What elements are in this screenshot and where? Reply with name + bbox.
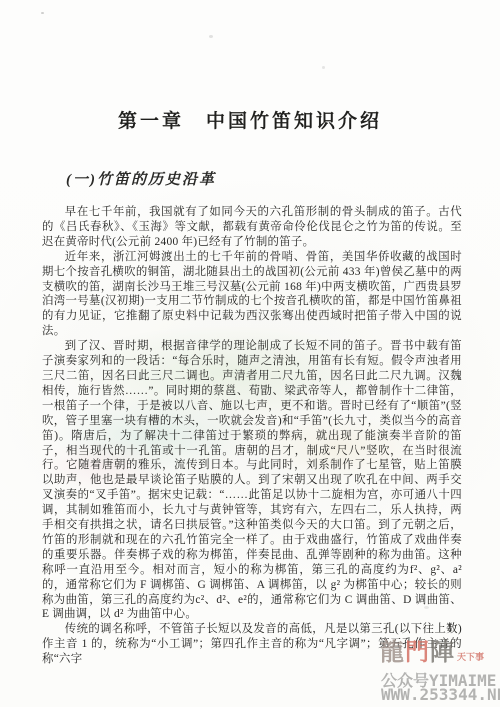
scan-speck	[322, 66, 325, 69]
scan-speck	[209, 35, 213, 38]
body-paragraph: 近年来，浙江河姆渡出土的七千年前的骨哨、骨笛，美国华侨收藏的战国时期七个按音孔横…	[42, 250, 462, 339]
longmenzhen-stamp: 龍門陣天下事	[380, 640, 484, 670]
body-paragraph: 早在七千年前，我国就有了如同今天的六孔笛形制的骨头制成的笛子。古代的《吕氏春秋》…	[42, 205, 462, 250]
chapter-title: 第一章 中国竹笛知识介绍	[0, 106, 500, 133]
stamp-char: 門	[405, 640, 430, 666]
body-text: 早在七千年前，我国就有了如同今天的六孔笛形制的骨头制成的笛子。古代的《吕氏春秋》…	[42, 205, 462, 667]
stamp-subtext: 天下事	[457, 652, 484, 662]
section-heading: (一)竹笛的历史沿革	[66, 168, 216, 189]
body-paragraph: 到了汉、晋时期，根据音律学的理论制成了长短不同的笛子。晋书中载有笛子演奏家列和的…	[42, 339, 462, 622]
scan-speck	[41, 12, 44, 14]
watermark-url: WWW.253344.NET	[381, 685, 500, 704]
stamp-char: 龍	[380, 640, 405, 666]
page-number: 1	[440, 620, 460, 635]
book-page: 第一章 中国竹笛知识介绍 (一)竹笛的历史沿革 早在七千年前，我国就有了如同今天…	[0, 0, 500, 707]
stamp-char: 陣	[430, 640, 455, 666]
